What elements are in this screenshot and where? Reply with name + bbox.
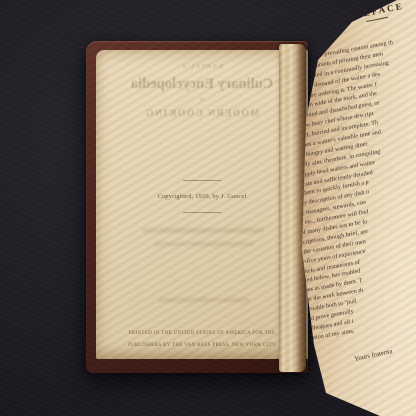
printer-imprint-line1: PRINTED IN THE UNITED STATES OF AMERICA …: [96, 328, 308, 340]
preface-page: PREFACE The prevailing custom among thre…: [296, 0, 416, 416]
preface-heading: PREFACE: [326, 0, 416, 29]
printer-imprint: PRINTED IN THE UNITED STATES OF AMERICA …: [96, 328, 308, 352]
bleedthrough-smudge: [142, 228, 264, 233]
copyright-block: Copyrighted, 1920, by J. Gancel: [96, 180, 308, 213]
copyright-page: GANCEL'S Culinary Encyclopedia of MODERN…: [96, 50, 308, 359]
left-book-cover: GANCEL'S Culinary Encyclopedia of MODERN…: [86, 41, 308, 373]
bleed-publisher-name: GANCEL'S: [96, 64, 308, 70]
photo-open-antique-book: GANCEL'S Culinary Encyclopedia of MODERN…: [0, 0, 416, 416]
copyright-text: Copyrighted, 1920, by J. Gancel: [96, 193, 308, 200]
printer-imprint-line2: PUBLISHERS BY THE VAN REES PRESS, NEW YO…: [96, 340, 308, 352]
rule-above-copyright: [183, 180, 221, 181]
preface-title-rule: [366, 17, 388, 22]
bleedthrough-smudge: [154, 242, 254, 246]
preface-title: PREFACE: [326, 0, 416, 25]
page-stack-fore-edge: [279, 44, 306, 372]
rule-below-copyright: [183, 212, 221, 213]
bleed-of: of: [96, 97, 308, 103]
bleed-subtitle: MODERN COOKING: [96, 109, 308, 119]
bleed-title: Culinary Encyclopedia: [96, 76, 308, 93]
bleedthrough-smudge: [158, 298, 250, 302]
title-page-bleedthrough: GANCEL'S Culinary Encyclopedia of MODERN…: [96, 64, 308, 119]
